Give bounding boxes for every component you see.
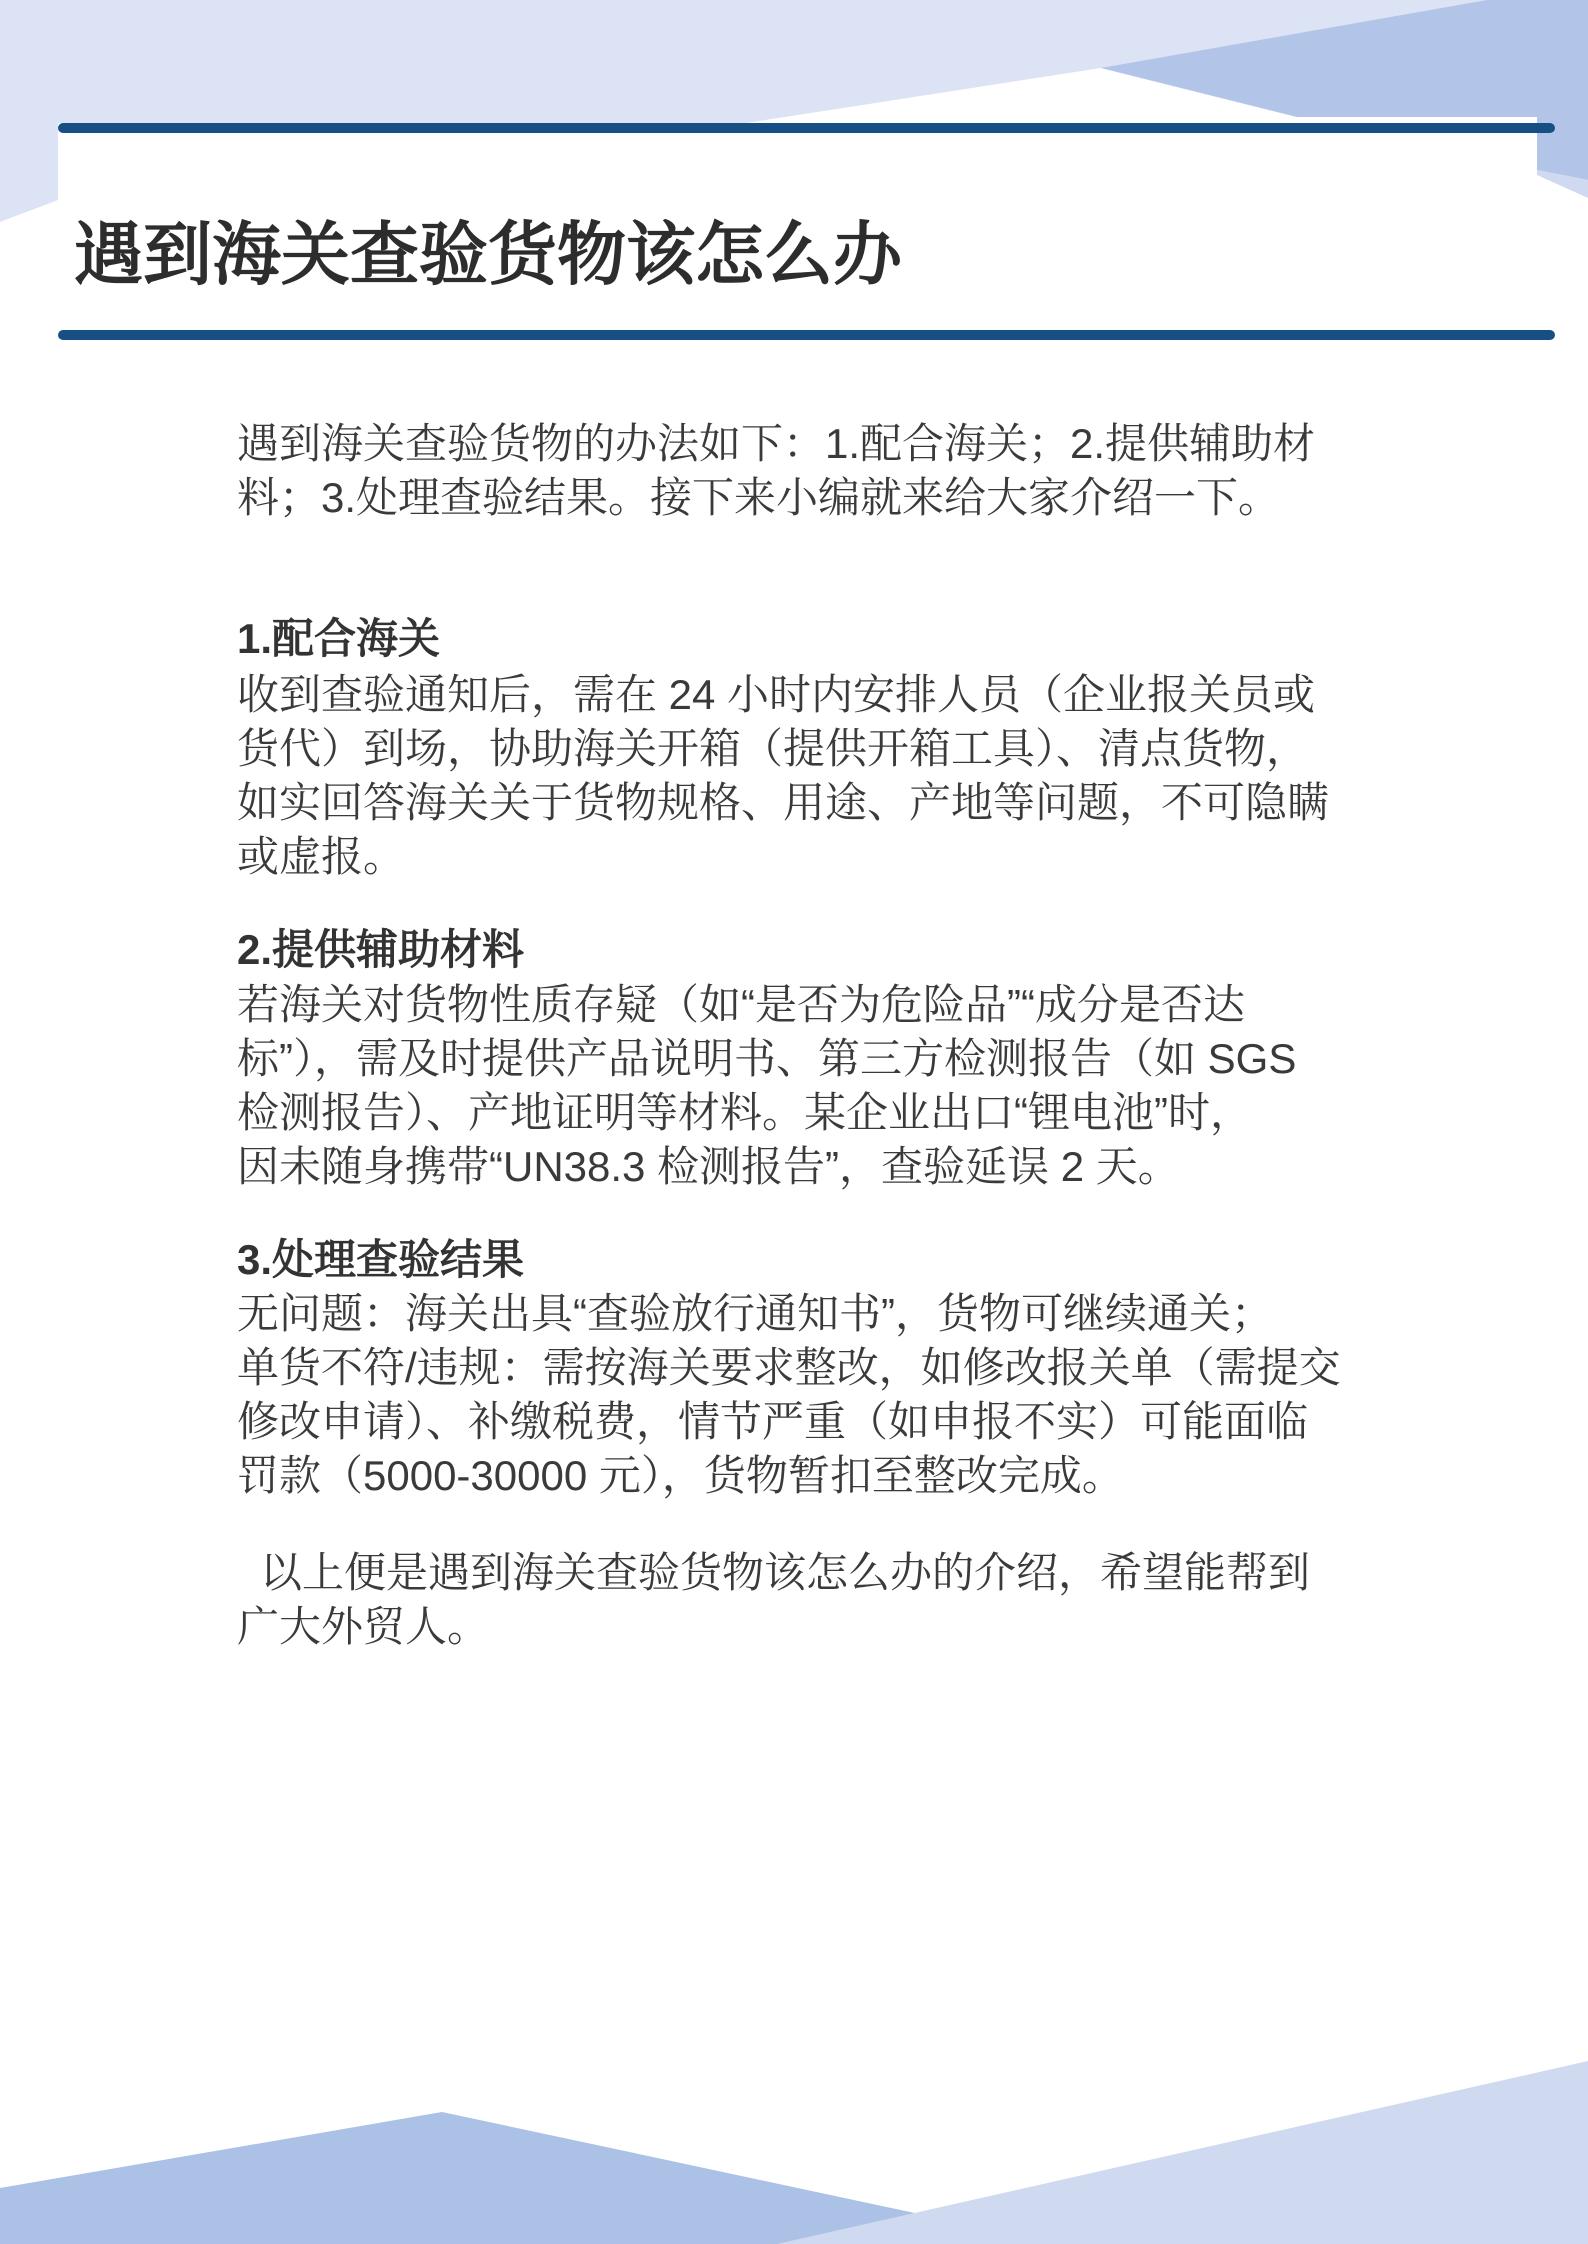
section-3-heading: 3.处理查验结果 [237,1233,1547,1287]
section-1-heading: 1.配合海关 [237,612,1547,666]
section-2-paragraph: 若海关对货物性质存疑（如“是否为危险品”“成分是否达 标”），需及时提供产品说明… [237,978,1547,1194]
closing-paragraph: 以上便是遇到海关查验货物该怎么办的介绍，希望能帮到 广大外贸人。 [237,1546,1547,1654]
intro-paragraph: 遇到海关查验货物的办法如下：1.配合海关；2.提供辅助材 料；3.处理查验结果。… [237,417,1547,525]
corner-triangle-light-sliver-shape [1537,170,1588,198]
section-3-paragraph: 无问题：海关出具“查验放行通知书”，货物可继续通关； 单货不符/违规：需按海关要… [237,1287,1547,1503]
section-2-heading: 2.提供辅助材料 [237,923,1547,977]
bottom-divider-rule [58,330,1555,340]
white-peak-shape [746,68,1537,123]
document-page: 遇到海关查验货物该怎么办 遇到海关查验货物的办法如下：1.配合海关；2.提供辅助… [0,0,1588,2244]
page-title: 遇到海关查验货物该怎么办 [74,217,902,293]
top-divider-rule [58,123,1555,133]
section-1-paragraph: 收到查验通知后，需在 24 小时内安排人员（企业报关员或 货代）到场，协助海关开… [237,668,1547,884]
